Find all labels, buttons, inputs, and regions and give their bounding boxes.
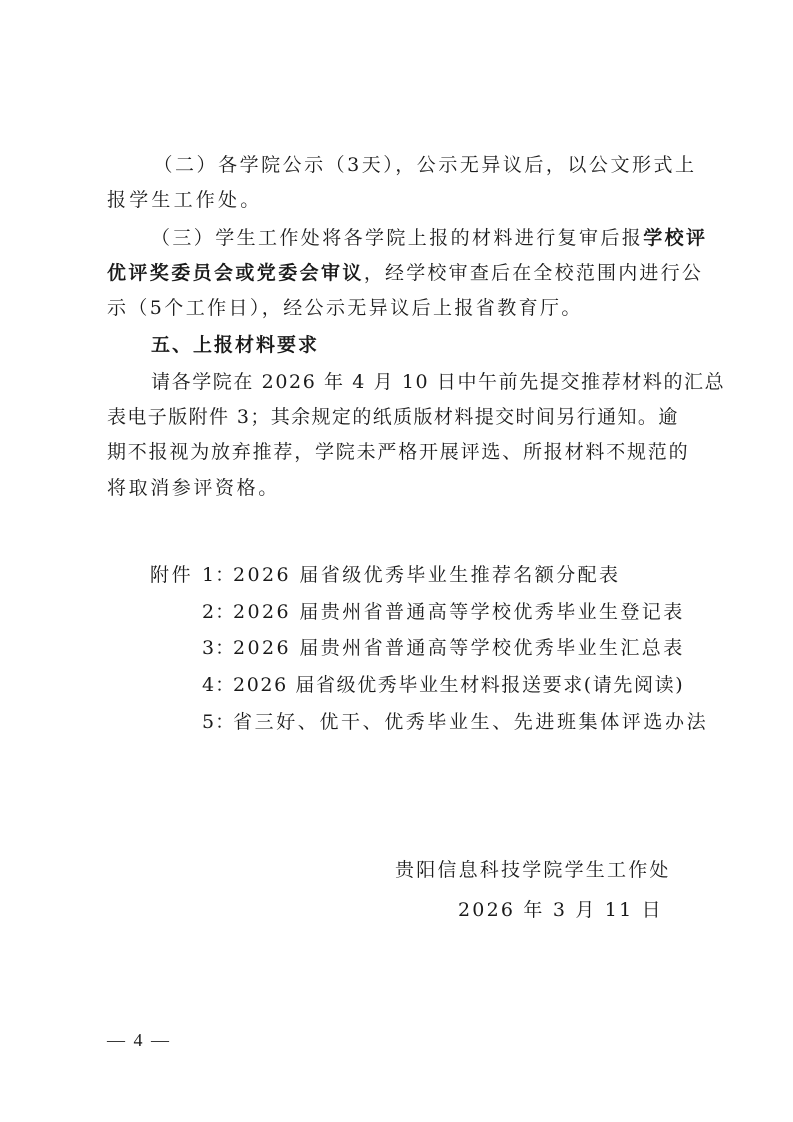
- item-3-line-1-text: （三）学生工作处将各学院上报的材料进行复审后报: [151, 227, 643, 249]
- item-3-line-2-bold: 优评奖委员会或党委会审议: [107, 262, 364, 284]
- para-5-line-2: 表电子版附件 3；其余规定的纸质版材料提交时间另行通知。逾: [107, 405, 679, 429]
- attachment-2-num: 2：: [202, 600, 235, 624]
- para-5-line-3: 期不报视为放弃推荐，学院未严格开展评选、所报材料不规范的: [107, 440, 689, 464]
- attachment-2-text: 2026 届贵州省普通高等学校优秀毕业生登记表: [233, 600, 685, 624]
- attachment-1-text: 2026 届省级优秀毕业生推荐名额分配表: [233, 563, 620, 587]
- attachments-label: 附件: [150, 563, 193, 587]
- item-2-line-2: 报学生工作处。: [107, 188, 262, 212]
- item-3-line-1: （三）学生工作处将各学院上报的材料进行复审后报学校评: [151, 226, 707, 250]
- attachment-4-text: 2026 届省级优秀毕业生材料报送要求(请先阅读): [233, 673, 684, 697]
- attachment-4-num: 4：: [202, 673, 235, 697]
- signature-date: 2026 年 3 月 11 日: [458, 898, 663, 922]
- para-5-line-4: 将取消参评资格。: [107, 476, 280, 500]
- signature-organization: 贵阳信息科技学院学生工作处: [395, 858, 671, 882]
- attachment-5-num: 5：: [202, 710, 235, 734]
- item-3-line-2-text: ，经学校审查后在全校范围内进行公: [364, 262, 703, 284]
- para-5-line-1: 请各学院在 2026 年 4 月 10 日中午前先提交推荐材料的汇总: [151, 370, 725, 394]
- item-3-line-1-bold: 学校评: [643, 227, 707, 249]
- item-3-line-2: 优评奖委员会或党委会审议，经学校审查后在全校范围内进行公: [107, 261, 703, 285]
- attachment-1-num: 1：: [202, 563, 235, 587]
- attachment-3-text: 2026 届贵州省普通高等学校优秀毕业生汇总表: [233, 636, 685, 660]
- attachment-5-text: 省三好、优干、优秀毕业生、先进班集体评选办法: [233, 710, 708, 734]
- page-number: — 4 —: [107, 1030, 171, 1051]
- section-heading-5: 五、上报材料要求: [151, 333, 319, 357]
- attachment-3-num: 3：: [202, 636, 235, 660]
- item-3-line-3: 示（5个工作日），经公示无异议后上报省教育厅。: [107, 296, 583, 320]
- item-2-line-1: （二）各学院公示（3天），公示无异议后，以公文形式上: [107, 153, 694, 177]
